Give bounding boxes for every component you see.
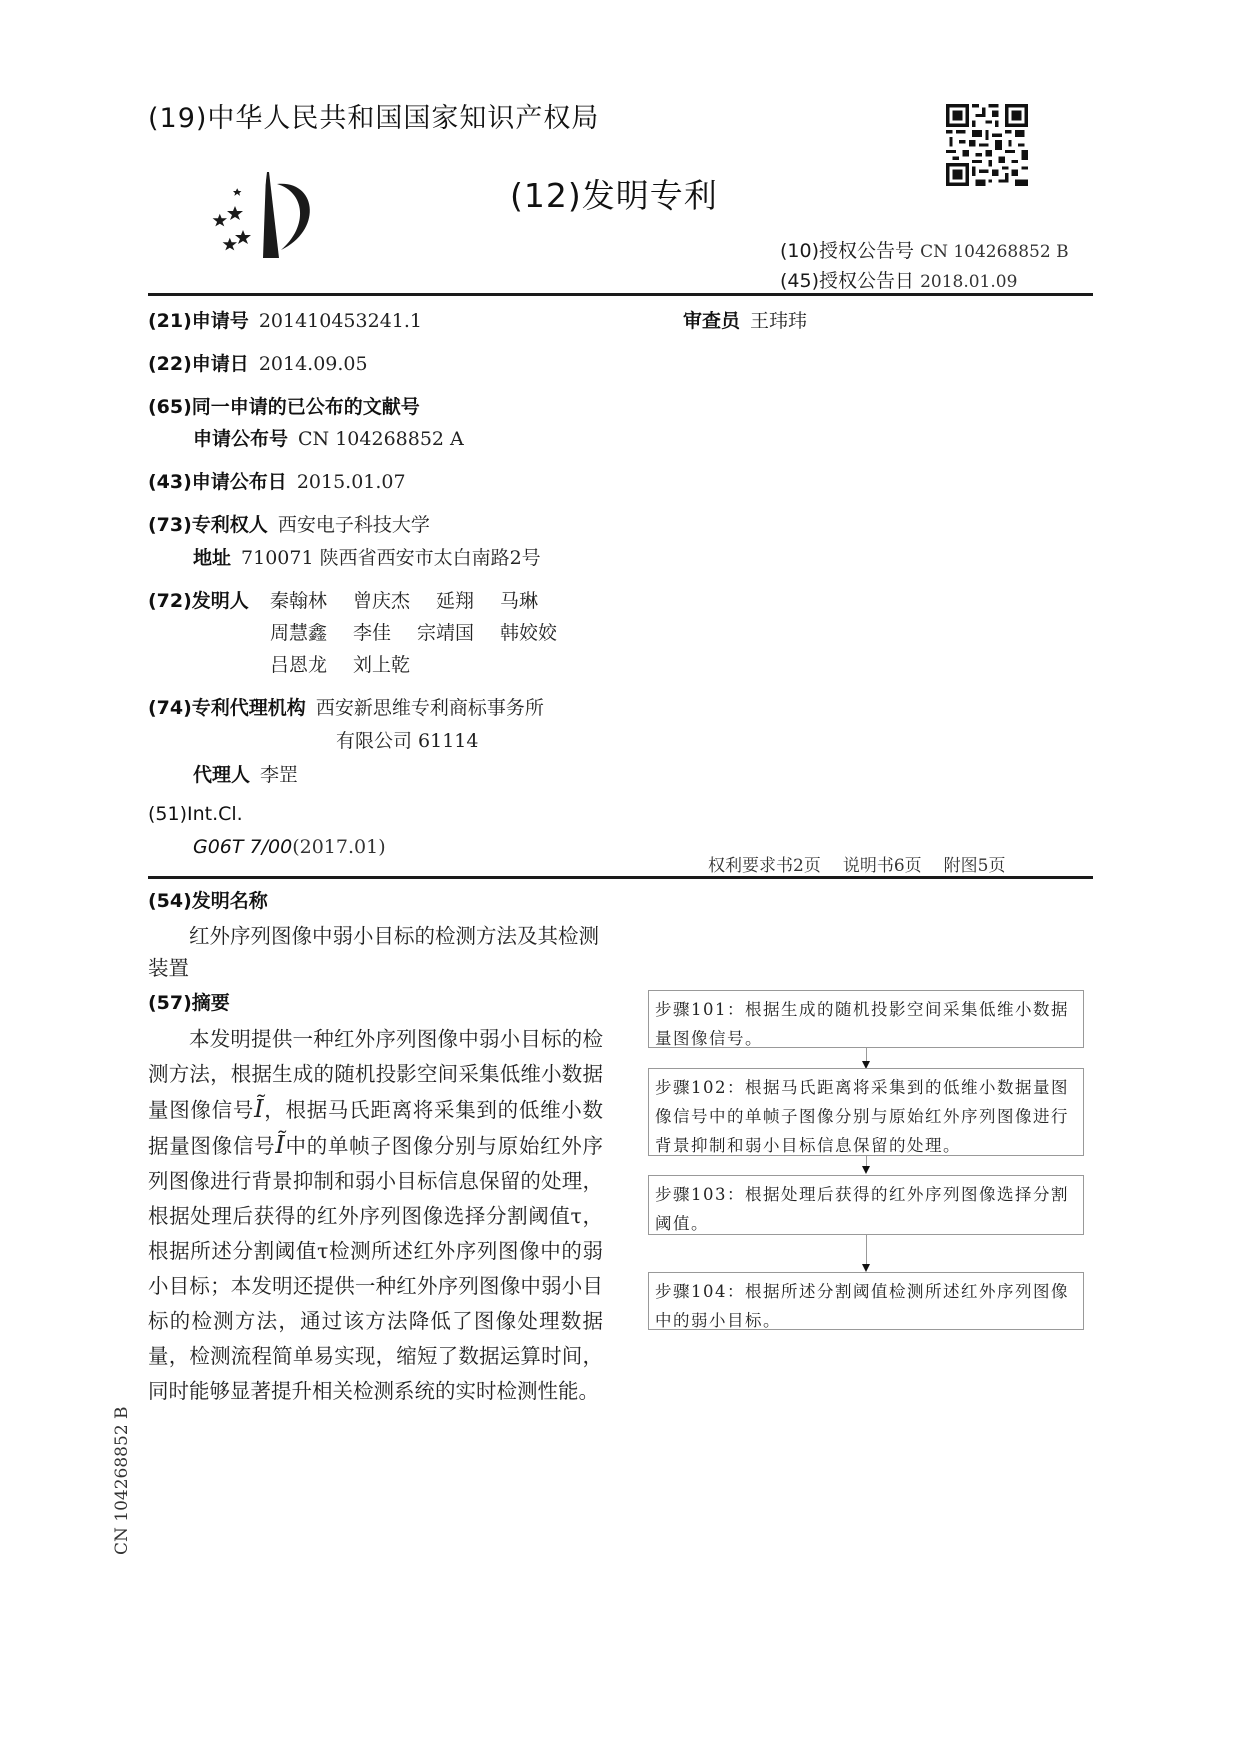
examiner-label: 审查员 [683,310,740,332]
document-type-title: (12)发明专利 [510,170,718,217]
drawings-pages: 附图5页 [944,856,1006,876]
application-publication-number-label: 申请公布号 [193,428,288,450]
sidebar-document-number: CN 104268852 B [112,1406,132,1555]
inventor-name: 延翔 [436,590,474,612]
abstract-body: 本发明提供一种红外序列图像中弱小目标的检测方法，根据生成的随机投影空间采集低维小… [148,1022,603,1409]
grant-publication-number-value: CN 104268852 B [920,242,1069,262]
abstract-label: (57)摘要 [148,992,230,1014]
ipc-label: (51)Int.Cl. [148,803,243,825]
patent-agency-value: 西安新思维专利商标事务所 [316,697,544,719]
inventors: (72)发明人 [148,586,249,613]
arrow-down-icon [862,1166,870,1174]
description-pages: 说明书6页 [843,856,922,876]
address-value: 710071 陕西省西安市太白南路2号 [241,547,541,569]
address-label: 地址 [193,547,231,569]
grant-publication-date: (45)授权公告日 2018.01.09 [780,266,1017,293]
inventor-name: 刘上乾 [353,654,410,676]
page-counts: 权利要求书2页说明书6页附图5页 [708,851,1027,876]
application-publication-date-value: 2015.01.07 [297,471,406,493]
patentee: (73)专利权人西安电子科技大学 [148,510,430,537]
image-signal-symbol: Ĩ [254,1095,263,1123]
application-publication-date: (43)申请公布日2015.01.07 [148,467,406,494]
flowchart-step-103: 步骤103：根据处理后获得的红外序列图像选择分割阈值。 [648,1175,1084,1235]
patent-agency-label: (74)专利代理机构 [148,697,306,719]
header-divider [148,293,1093,296]
application-number-value: 201410453241.1 [259,310,422,332]
claims-pages: 权利要求书2页 [708,856,821,876]
inventor-name: 吕恩龙 [270,654,327,676]
cnipa-logo-icon [205,170,325,262]
inventors-label: (72)发明人 [148,590,249,612]
inventor-name: 宗靖国 [417,622,474,644]
inventor-name: 马琳 [500,590,538,612]
address: 地址710071 陕西省西安市太白南路2号 [193,543,541,570]
examiner: 审查员王玮玮 [683,306,807,333]
prior-publication-label: (65)同一申请的已公布的文献号 [148,396,420,418]
flowchart-step-101: 步骤101：根据生成的随机投影空间采集低维小数据量图像信号。 [648,990,1084,1048]
abstract-heading: (57)摘要 [148,988,230,1015]
ipc-code: G06T 7/00 [193,836,292,858]
prior-publication: (65)同一申请的已公布的文献号 [148,392,420,419]
inventor-name: 李佳 [353,622,391,644]
inventor-name: 秦翰林 [270,590,327,612]
examiner-value: 王玮玮 [750,310,807,332]
arrow-down-icon [862,1264,870,1272]
inventor-name: 周慧鑫 [270,622,327,644]
invention-title-heading: (54)发明名称 [148,886,268,913]
flowchart-step-104: 步骤104：根据所述分割阈值检测所述红外序列图像中的弱小目标。 [648,1272,1084,1330]
filing-date: (22)申请日2014.09.05 [148,349,368,376]
ipc-classification: (51)Int.Cl. [148,803,243,825]
application-publication-date-label: (43)申请公布日 [148,471,287,493]
patentee-label: (73)专利权人 [148,514,268,536]
qr-code-icon [946,104,1028,186]
filing-date-label: (22)申请日 [148,353,249,375]
inventor-name: 曾庆杰 [353,590,410,612]
agent-label: 代理人 [193,764,250,786]
agent-value: 李罡 [260,764,298,786]
biblio-divider [148,876,1093,879]
patentee-value: 西安电子科技大学 [278,514,430,536]
application-number: (21)申请号201410453241.1 [148,306,422,333]
application-number-label: (21)申请号 [148,310,249,332]
ipc-code-line: G06T 7/00(2017.01) [193,836,386,858]
image-signal-symbol: Ĩ [275,1131,284,1159]
ipc-version: (2017.01) [292,836,385,858]
application-publication-number: 申请公布号CN 104268852 A [193,424,464,451]
invention-title-label: (54)发明名称 [148,890,268,912]
flowchart-step-102: 步骤102：根据马氏距离将采集到的低维小数据量图像信号中的单帧子图像分别与原始红… [648,1068,1084,1156]
grant-publication-number: (10)授权公告号 CN 104268852 B [780,236,1069,263]
patent-agency-value-cont: 有限公司 61114 [336,726,478,753]
grant-publication-date-label: (45)授权公告日 [780,270,914,292]
agent: 代理人李罡 [193,760,298,787]
abstract-text-3: 中的单帧子图像分别与原始红外序列图像进行背景抑制和弱小目标信息保留的处理，根据处… [148,1134,603,1403]
inventor-list-line-1: 秦翰林曾庆杰延翔马琳 [270,586,564,613]
filing-date-value: 2014.09.05 [259,353,368,375]
grant-publication-date-value: 2018.01.09 [920,272,1017,292]
invention-title: 红外序列图像中弱小目标的检测方法及其检测装置 [148,920,603,984]
inventor-list-line-3: 吕恩龙刘上乾 [270,650,436,677]
inventor-name: 韩姣姣 [500,622,557,644]
patent-agency: (74)专利代理机构西安新思维专利商标事务所 [148,693,544,720]
issuing-office: (19)中华人民共和国国家知识产权局 [148,96,599,135]
application-publication-number-value: CN 104268852 A [298,428,464,450]
grant-publication-number-label: (10)授权公告号 [780,240,914,262]
inventor-list-line-2: 周慧鑫李佳宗靖国韩姣姣 [270,618,583,645]
